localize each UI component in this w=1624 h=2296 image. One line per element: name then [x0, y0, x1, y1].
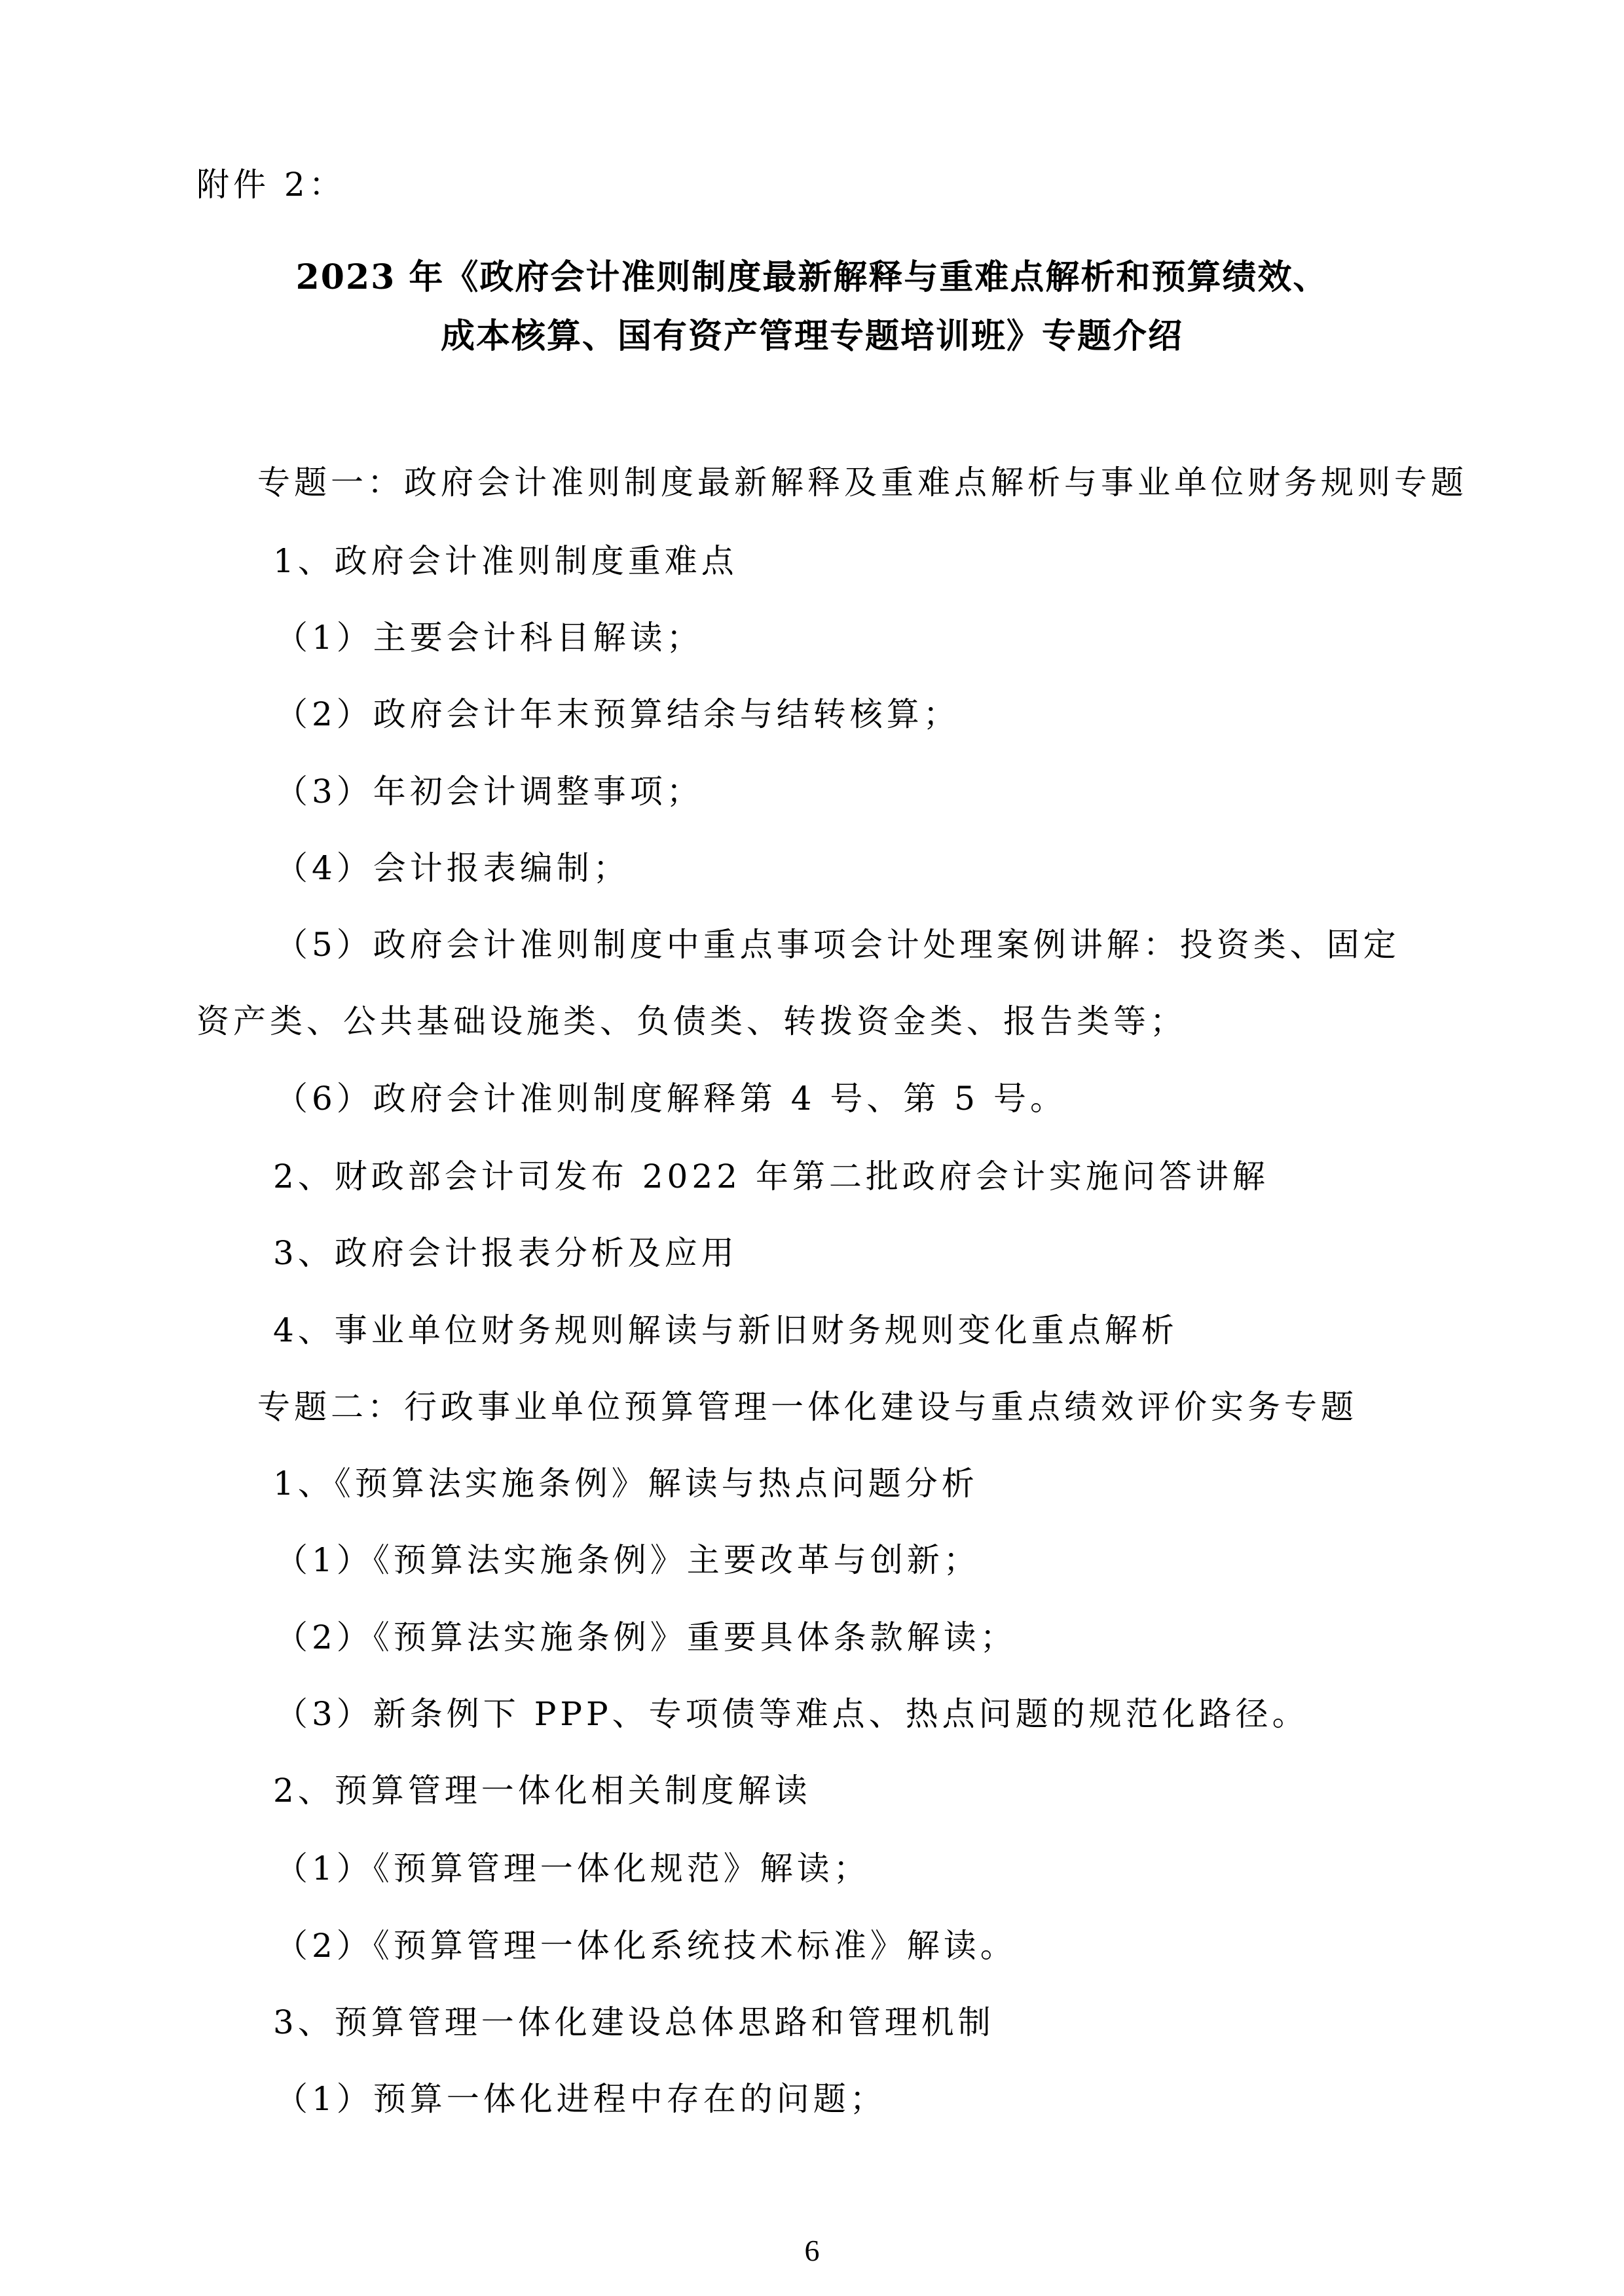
- section-heading: 1、政府会计准则制度重难点: [273, 541, 738, 581]
- list-item: （2）《预算管理一体化系统技术标准》解读。: [275, 1926, 1017, 1965]
- topic-heading-2: 专题二：行政事业单位预算管理一体化建设与重点绩效评价实务专题: [257, 1387, 1357, 1427]
- attachment-label: 附件 2：: [196, 165, 346, 204]
- list-item: （2）《预算法实施条例》重要具体条款解读；: [275, 1618, 1017, 1657]
- section-heading: 3、预算管理一体化建设总体思路和管理机制: [273, 2003, 995, 2042]
- list-item-continuation: 资产类、公共基础设施类、负债类、转拨资金类、报告类等；: [196, 1002, 1187, 1041]
- list-item: （3）年初会计调整事项；: [275, 772, 703, 811]
- section-heading: 2、预算管理一体化相关制度解读: [273, 1771, 811, 1810]
- page-number: 6: [0, 2232, 1624, 2269]
- section-heading: 3、政府会计报表分析及应用: [273, 1233, 738, 1273]
- section-heading: 4、事业单位财务规则解读与新旧财务规则变化重点解析: [273, 1311, 1178, 1350]
- document-title-line-2: 成本核算、国有资产管理专题培训班》专题介绍: [0, 316, 1624, 357]
- list-item: （1）预算一体化进程中存在的问题；: [275, 2079, 887, 2119]
- list-item: （3）新条例下 PPP、专项债等难点、热点问题的规范化路径。: [275, 1694, 1309, 1734]
- list-item: （2）政府会计年末预算结余与结转核算；: [275, 695, 960, 734]
- section-heading: 2、财政部会计司发布 2022 年第二批政府会计实施问答讲解: [273, 1157, 1269, 1196]
- list-item: （1）《预算法实施条例》主要改革与创新；: [275, 1540, 980, 1580]
- section-heading: 1、《预算法实施条例》解读与热点问题分析: [273, 1464, 978, 1503]
- list-item: （6）政府会计准则制度解释第 4 号、第 5 号。: [275, 1079, 1067, 1118]
- topic-heading-1: 专题一：政府会计准则制度最新解释及重难点解析与事业单位财务规则专题: [257, 463, 1467, 502]
- list-item: （5）政府会计准则制度中重点事项会计处理案例讲解：投资类、固定: [275, 925, 1400, 964]
- list-item: （4）会计报表编制；: [275, 848, 630, 888]
- list-item: （1）主要会计科目解读；: [275, 618, 703, 657]
- document-title-line-1: 2023 年《政府会计准则制度最新解释与重难点解析和预算绩效、: [0, 257, 1624, 299]
- list-item: （1）《预算管理一体化规范》解读；: [275, 1849, 870, 1888]
